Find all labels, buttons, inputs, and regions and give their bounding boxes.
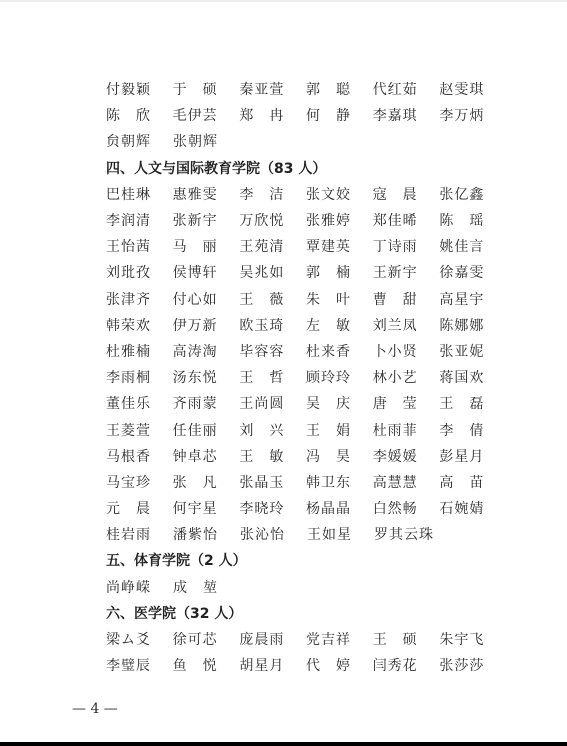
person-name: 潘紫怡 bbox=[173, 524, 240, 544]
section-heading: 五、体育学院（2 人） bbox=[106, 547, 506, 573]
name-row: 刘玭孜侯博轩吴兆如郭 楠王新宇徐嘉雯 bbox=[106, 259, 506, 285]
person-name: 顾玲玲 bbox=[306, 367, 373, 387]
person-name: 韩卫东 bbox=[306, 472, 373, 492]
person-name: 马根香 bbox=[106, 446, 173, 466]
person-name: 杜来香 bbox=[306, 341, 373, 361]
person-name: 马宝珍 bbox=[106, 472, 173, 492]
person-name: 王如星 bbox=[307, 524, 374, 544]
person-name: 王 哲 bbox=[239, 367, 306, 387]
person-name: 王 敏 bbox=[239, 446, 306, 466]
name-row: 陈 欣毛伊芸郑 冉何 静李嘉琪李万炳 bbox=[106, 102, 506, 128]
person-name: 李 倩 bbox=[439, 420, 506, 440]
person-name: 蒋国欢 bbox=[439, 367, 506, 387]
person-name: 王 娟 bbox=[306, 420, 373, 440]
person-name: 赵雯琪 bbox=[439, 79, 506, 99]
person-name: 刘兰凤 bbox=[373, 315, 440, 335]
person-name: 杜雨菲 bbox=[373, 420, 440, 440]
person-name: 吴 庆 bbox=[306, 393, 373, 413]
person-name: 刘玭孜 bbox=[106, 262, 173, 282]
person-name: 高慧慧 bbox=[373, 472, 440, 492]
person-name: 梁ム爻 bbox=[106, 629, 173, 649]
name-row: 董佳乐齐雨蒙王尚圆吴 庆唐 莹王 磊 bbox=[106, 390, 506, 416]
person-name: 侯博轩 bbox=[173, 262, 240, 282]
name-row: 贠朝辉张朝辉 bbox=[106, 128, 506, 154]
person-name: 郑佳晞 bbox=[373, 210, 440, 230]
person-name: 张朝辉 bbox=[173, 131, 240, 151]
person-name: 曹 甜 bbox=[373, 289, 440, 309]
person-name: 张亚妮 bbox=[439, 341, 506, 361]
person-name: 寇 晨 bbox=[373, 184, 440, 204]
person-name: 韩荣欢 bbox=[106, 315, 173, 335]
person-name: 钟卓芯 bbox=[173, 446, 240, 466]
person-name: 左 敏 bbox=[306, 315, 373, 335]
person-name: 李嘉琪 bbox=[373, 105, 440, 125]
person-name: 覃建英 bbox=[306, 236, 373, 256]
person-name: 李媛媛 bbox=[373, 446, 440, 466]
name-row: 李璧辰鱼 悦胡星月代 婷闫秀花张莎莎 bbox=[106, 652, 506, 678]
person-name: 杨晶晶 bbox=[306, 498, 373, 518]
person-name: 张新宇 bbox=[173, 210, 240, 230]
person-name: 王尚圆 bbox=[239, 393, 306, 413]
person-name: 何 静 bbox=[306, 105, 373, 125]
person-name: 王 薇 bbox=[239, 289, 306, 309]
person-name: 卜小贤 bbox=[373, 341, 440, 361]
name-row: 张津齐付心如王 薇朱 叶曹 甜高星宇 bbox=[106, 286, 506, 312]
name-row: 李雨桐汤东悦王 哲顾玲玲林小艺蒋国欢 bbox=[106, 364, 506, 390]
person-name: 石婉婧 bbox=[439, 498, 506, 518]
person-name: 齐雨蒙 bbox=[173, 393, 240, 413]
name-row: 巴桂琳惠雅雯李 洁张文姣寇 晨张亿鑫 bbox=[106, 181, 506, 207]
person-name: 闫秀花 bbox=[373, 655, 440, 675]
person-name: 高星宇 bbox=[439, 289, 506, 309]
name-row: 王怡茜马 丽王苑清覃建英丁诗雨姚佳言 bbox=[106, 233, 506, 259]
person-name: 张晶玉 bbox=[239, 472, 306, 492]
person-name: 白然畅 bbox=[373, 498, 440, 518]
person-name: 郭 楠 bbox=[306, 262, 373, 282]
person-name: 王 硕 bbox=[373, 629, 440, 649]
name-row: 元 晨何宇星李晓玲杨晶晶白然畅石婉婧 bbox=[106, 495, 506, 521]
person-name: 贠朝辉 bbox=[106, 131, 173, 151]
person-name: 张沁怡 bbox=[240, 524, 307, 544]
person-name: 彭星月 bbox=[439, 446, 506, 466]
person-name: 毛伊芸 bbox=[173, 105, 240, 125]
document-page: 付毅颖于 硕秦亚萱郭 聪代红茹赵雯琪陈 欣毛伊芸郑 冉何 静李嘉琪李万炳贠朝辉张… bbox=[0, 0, 567, 746]
person-name: 张亿鑫 bbox=[439, 184, 506, 204]
section-heading: 六、医学院（32 人） bbox=[106, 600, 506, 626]
person-name: 巴桂琳 bbox=[106, 184, 173, 204]
person-name: 马 丽 bbox=[173, 236, 240, 256]
name-list: 付毅颖于 硕秦亚萱郭 聪代红茹赵雯琪陈 欣毛伊芸郑 冉何 静李嘉琪李万炳贠朝辉张… bbox=[106, 76, 506, 678]
person-name: 王怡茜 bbox=[106, 236, 173, 256]
person-name: 代红茹 bbox=[373, 79, 440, 99]
person-name: 王菱萱 bbox=[106, 420, 173, 440]
name-row: 李润清张新宇万欣悦张雅婷郑佳晞陈 瑶 bbox=[106, 207, 506, 233]
person-name: 李万炳 bbox=[439, 105, 506, 125]
person-name: 付心如 bbox=[173, 289, 240, 309]
person-name: 李 洁 bbox=[239, 184, 306, 204]
person-name: 王 磊 bbox=[439, 393, 506, 413]
person-name: 王新宇 bbox=[373, 262, 440, 282]
person-name: 姚佳言 bbox=[439, 236, 506, 256]
person-name: 付毅颖 bbox=[106, 79, 173, 99]
person-name: 李雨桐 bbox=[106, 367, 173, 387]
person-name: 陈 欣 bbox=[106, 105, 173, 125]
name-row: 马宝珍张 凡张晶玉韩卫东高慧慧高 苗 bbox=[106, 469, 506, 495]
section-heading: 四、人文与国际教育学院（83 人） bbox=[106, 155, 506, 181]
person-name: 朱宇飞 bbox=[439, 629, 506, 649]
person-name: 伊万新 bbox=[173, 315, 240, 335]
person-name: 元 晨 bbox=[106, 498, 173, 518]
person-name: 李润清 bbox=[106, 210, 173, 230]
name-row: 梁ム爻徐可芯庞晨雨党吉祥王 硕朱宇飞 bbox=[106, 626, 506, 652]
person-name: 张 凡 bbox=[173, 472, 240, 492]
name-row: 杜雅楠高涛淘毕容容杜来香卜小贤张亚妮 bbox=[106, 338, 506, 364]
person-name: 徐可芯 bbox=[173, 629, 240, 649]
name-row: 桂岩雨潘紫怡张沁怡王如星罗其云珠 bbox=[106, 521, 506, 547]
person-name: 秦亚萱 bbox=[239, 79, 306, 99]
person-name: 张文姣 bbox=[306, 184, 373, 204]
person-name: 桂岩雨 bbox=[106, 524, 173, 544]
person-name: 惠雅雯 bbox=[173, 184, 240, 204]
name-row: 尚峥嵘成 堃 bbox=[106, 574, 506, 600]
person-name: 唐 莹 bbox=[373, 393, 440, 413]
person-name: 高涛淘 bbox=[173, 341, 240, 361]
person-name: 朱 叶 bbox=[306, 289, 373, 309]
person-name: 成 堃 bbox=[173, 577, 240, 597]
person-name: 于 硕 bbox=[173, 79, 240, 99]
person-name: 代 婷 bbox=[306, 655, 373, 675]
person-name: 林小艺 bbox=[373, 367, 440, 387]
person-name: 张莎莎 bbox=[439, 655, 506, 675]
page-number: — 4 — bbox=[72, 701, 118, 717]
person-name: 何宇星 bbox=[173, 498, 240, 518]
person-name: 杜雅楠 bbox=[106, 341, 173, 361]
person-name: 任佳丽 bbox=[173, 420, 240, 440]
person-name: 张雅婷 bbox=[306, 210, 373, 230]
person-name: 尚峥嵘 bbox=[106, 577, 173, 597]
person-name: 高 苗 bbox=[439, 472, 506, 492]
person-name: 胡星月 bbox=[239, 655, 306, 675]
person-name: 郭 聪 bbox=[306, 79, 373, 99]
person-name: 刘 兴 bbox=[239, 420, 306, 440]
person-name: 徐嘉雯 bbox=[439, 262, 506, 282]
name-row: 王菱萱任佳丽刘 兴王 娟杜雨菲李 倩 bbox=[106, 416, 506, 442]
person-name: 陈娜娜 bbox=[439, 315, 506, 335]
person-name: 鱼 悦 bbox=[173, 655, 240, 675]
page-top-edge bbox=[0, 0, 567, 2]
person-name: 郑 冉 bbox=[239, 105, 306, 125]
person-name: 陈 瑶 bbox=[439, 210, 506, 230]
person-name: 罗其云珠 bbox=[374, 524, 441, 544]
person-name: 李璧辰 bbox=[106, 655, 173, 675]
person-name: 丁诗雨 bbox=[373, 236, 440, 256]
bottom-divider bbox=[0, 742, 567, 746]
name-row: 付毅颖于 硕秦亚萱郭 聪代红茹赵雯琪 bbox=[106, 76, 506, 102]
person-name: 李晓玲 bbox=[239, 498, 306, 518]
person-name: 冯 昊 bbox=[306, 446, 373, 466]
person-name: 汤东悦 bbox=[173, 367, 240, 387]
name-row: 马根香钟卓芯王 敏冯 昊李媛媛彭星月 bbox=[106, 443, 506, 469]
person-name: 欧玉琦 bbox=[239, 315, 306, 335]
person-name: 董佳乐 bbox=[106, 393, 173, 413]
person-name: 庞晨雨 bbox=[239, 629, 306, 649]
name-row: 韩荣欢伊万新欧玉琦左 敏刘兰凤陈娜娜 bbox=[106, 312, 506, 338]
person-name: 党吉祥 bbox=[306, 629, 373, 649]
person-name: 万欣悦 bbox=[239, 210, 306, 230]
person-name: 张津齐 bbox=[106, 289, 173, 309]
person-name: 王苑清 bbox=[239, 236, 306, 256]
person-name: 吴兆如 bbox=[239, 262, 306, 282]
person-name: 毕容容 bbox=[239, 341, 306, 361]
